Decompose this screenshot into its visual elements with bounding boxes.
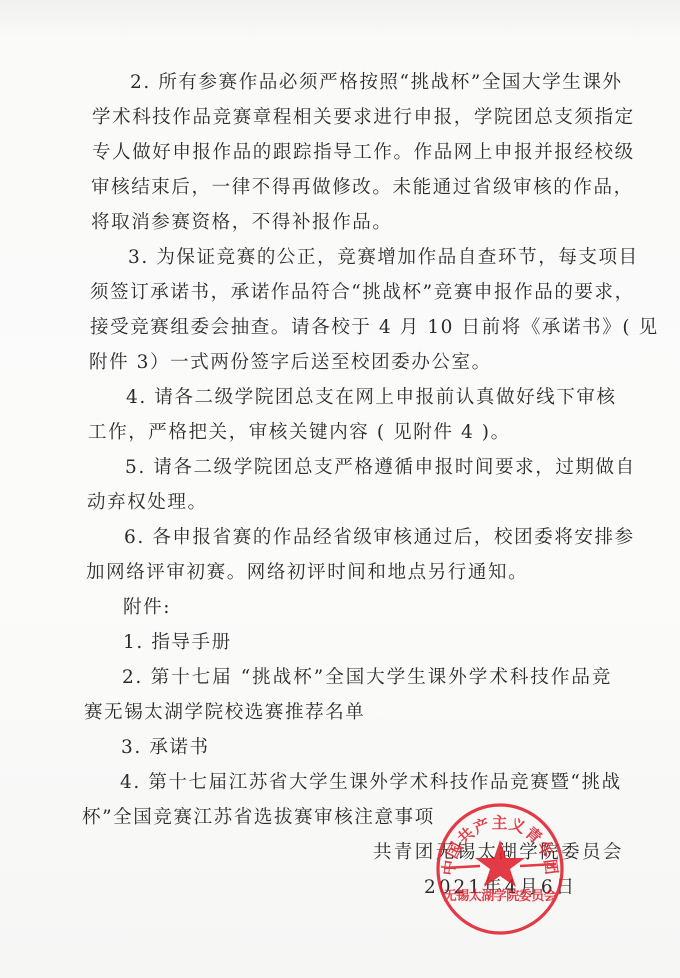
official-seal-icon: 中国共产主义青年团 无锡太湖学院委员会 (434, 802, 566, 936)
item-2-line-3: 专人做好申报作品的跟踪指导工作。作品网上申报并报经校级 (92, 141, 618, 165)
attachment-3: 3. 承诺书 (121, 736, 210, 760)
attachment-1: 1. 指导手册 (123, 631, 232, 655)
item-6-line-2: 加网络评审初赛。网络初评时间和地点另行通知。 (86, 561, 528, 585)
item-3-line-3: 接受竞赛组委会抽查。请各校于 4 月 10 日前将《承诺书》( 见 (90, 316, 617, 340)
attachment-4-line-1: 4. 第十七届江苏省大学生课外学术科技作品竞赛暨“挑战 (120, 771, 612, 795)
attachment-4-line-2: 杯”全国竞赛江苏省选拔赛审核注意事项 (82, 806, 435, 830)
item-2-line-5: 将取消参赛资格，不得补报作品。 (91, 211, 393, 235)
attachments-heading: 附件: (123, 596, 171, 620)
document-page: 2. 所有参赛作品必须严格按照“挑战杯”全国大学生课外 学术科技作品竞赛章程相关… (0, 0, 680, 978)
item-2-line-2: 学术科技作品竞赛章程相关要求进行申报，学院团总支须指定 (92, 106, 618, 130)
item-4-line-2: 工作，严格把关，审核关键内容 ( 见附件 4 )。 (88, 421, 511, 445)
item-3-line-1: 3. 为保证竞赛的公正，竞赛增加作品自查环节，每支项目 (128, 246, 617, 270)
item-2-line-4: 审核结束后，一律不得再做修改。未能通过省级审核的作品， (91, 176, 618, 200)
item-5-line-1: 5. 请各二级学院团总支严格遵循申报时间要求，过期做自 (125, 456, 615, 480)
item-6-line-1: 6. 各申报省赛的作品经省级审核通过后，校团委将安排参 (124, 526, 614, 550)
item-5-line-2: 动弃权处理。 (87, 491, 208, 515)
item-3-line-4: 附件 3）一式两份签字后送至校团委办公室。 (89, 351, 492, 375)
attachment-2-line-2: 赛无锡太湖学院校选赛推荐名单 (84, 701, 365, 725)
item-4-line-1: 4. 请各二级学院团总支在网上申报前认真做好线下审核 (126, 386, 616, 410)
item-2-line-1: 2. 所有参赛作品必须严格按照“挑战杯”全国大学生课外 (130, 71, 618, 95)
seal-bottom-text: 无锡太湖学院委员会 (444, 888, 557, 904)
item-3-line-2: 须签订承诺书，承诺作品符合“挑战杯”竞赛申报作品的要求， (90, 281, 617, 305)
attachment-2-line-1: 2. 第十七届 “挑战杯”全国大学生课外学术科技作品竞 (122, 666, 612, 690)
